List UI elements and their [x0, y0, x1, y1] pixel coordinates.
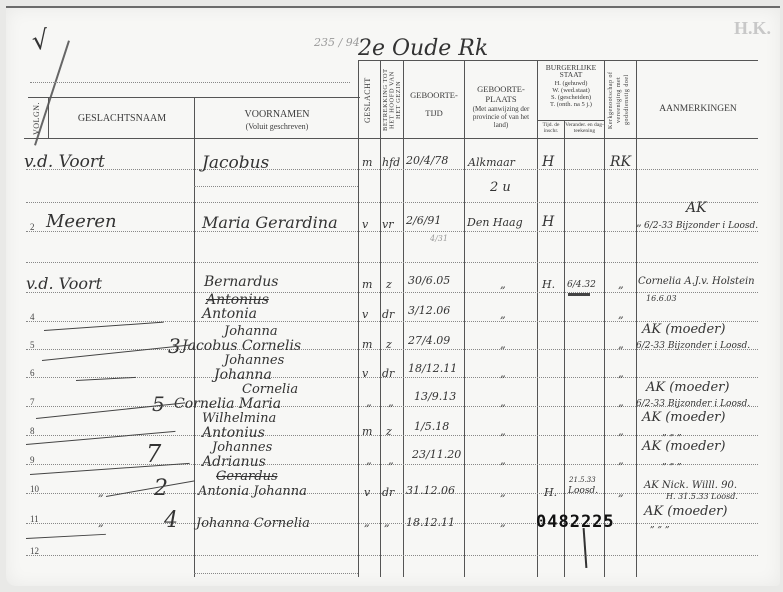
- header-geboortetijd-1: GEBOORTE-: [404, 90, 464, 100]
- given-names: Adrianus: [202, 454, 266, 470]
- relation: „: [388, 396, 394, 409]
- checkmark-annotation: √: [30, 25, 51, 57]
- surname: „: [98, 486, 104, 499]
- header-geboortetijd-2: TIJD: [404, 108, 464, 118]
- header-geslacht: GESLACHT: [363, 66, 377, 134]
- civil-status: H.: [544, 486, 557, 499]
- header-bs-ontheven: T. (onth. na 5 j.): [538, 101, 604, 108]
- sex: m: [362, 278, 372, 291]
- faint-register-number: 235 / 94: [314, 36, 360, 49]
- relation: z: [386, 425, 392, 438]
- header-burgerlijke-staat-2: STAAT: [538, 71, 604, 79]
- given-above: Wilhelmina: [202, 411, 276, 426]
- remarks-line-2: „ „ „: [650, 520, 670, 530]
- relation: hfd: [382, 156, 400, 169]
- given-above: Johanna: [224, 324, 278, 339]
- birth-place: „: [500, 308, 506, 321]
- remarks: AK Nick. Willl. 90.: [644, 480, 737, 491]
- header-voornamen: VOORNAMEN: [198, 110, 356, 120]
- given-names: Johanna Cornelia: [196, 516, 310, 531]
- surname: Meeren: [46, 211, 117, 232]
- relation: dr: [382, 308, 394, 321]
- header-betrekking: BETREKKING TOT HET HOOFD VAN HET GEZIN: [383, 64, 401, 136]
- row-number-10: 10: [30, 484, 39, 494]
- birth-place: „: [500, 338, 506, 351]
- relation: „: [384, 516, 390, 529]
- header-voornamen-sub: (Voluit geschreven): [198, 122, 356, 132]
- given-names: Antonia: [202, 306, 257, 322]
- remarks: AK (moeder): [642, 439, 725, 454]
- church: „: [618, 454, 624, 467]
- sex: v: [362, 308, 368, 321]
- birth-place: Den Haag: [467, 216, 523, 229]
- note-mark: 2 u: [490, 180, 511, 195]
- row-number-9: 9: [30, 455, 35, 465]
- birth-date: 30/6.05: [408, 274, 450, 287]
- birth-date: 1/5.18: [414, 420, 449, 433]
- sex: „: [364, 516, 370, 529]
- remarks: AK (moeder): [646, 380, 729, 395]
- row-number-8: 8: [30, 426, 35, 436]
- table-row: [26, 542, 758, 558]
- status-date: 6/4.32: [567, 280, 596, 290]
- remarks-line-2: „ „ „: [662, 428, 682, 438]
- church: „: [618, 396, 624, 409]
- surname: v.d. Voort: [26, 274, 102, 293]
- given-above: Cornelia: [242, 382, 298, 397]
- header-aanmerkingen: AANMERKINGEN: [638, 104, 758, 114]
- birth-date: 18.12.11: [406, 516, 455, 529]
- remarks-line-2: 16.6.03: [646, 294, 677, 303]
- header-bs-weduwstaat: W. (wed.staat): [538, 87, 604, 94]
- church: „: [618, 486, 624, 499]
- surname: v.d. Voort: [24, 152, 105, 172]
- given-names: Johanna: [214, 367, 272, 383]
- birth-place: „: [500, 425, 506, 438]
- sex: „: [366, 454, 372, 467]
- civil-status: H.: [542, 278, 555, 291]
- relation: dr: [382, 367, 394, 380]
- church: „: [618, 425, 624, 438]
- corner-stamp: H.K.: [734, 18, 771, 39]
- birth-place: „: [500, 486, 506, 499]
- birth-date: 18/12.11: [408, 362, 457, 375]
- relation: „: [388, 454, 394, 467]
- sex: m: [362, 425, 372, 438]
- given-names: Antonia Johanna: [198, 484, 307, 499]
- given-above: Johannes: [224, 353, 284, 368]
- row-number-5: 5: [30, 340, 35, 350]
- row-number-4: 4: [30, 312, 35, 322]
- sex: m: [362, 156, 372, 169]
- birth-date: 3/12.06: [408, 304, 450, 317]
- church: „: [618, 278, 624, 291]
- given-names: Cornelia Maria: [174, 396, 281, 412]
- birth-date: 13/9.13: [414, 390, 456, 403]
- header-bs-gescheiden: S. (gescheiden): [538, 94, 604, 101]
- birth-date: 27/4.09: [408, 334, 450, 347]
- header-bs-tijd: Tijd. de inschr.: [538, 122, 564, 134]
- note-mark: 7: [146, 440, 161, 468]
- row-number-2: 2: [30, 222, 35, 232]
- church: RK: [610, 154, 631, 170]
- remarks: AK (moeder): [642, 410, 725, 425]
- birth-place: Alkmaar: [468, 156, 515, 169]
- remarks-line-2: 6/2-33 Bijzonder i Loosd.: [636, 399, 750, 409]
- header-geboorteplaats-1: GEBOORTE-: [465, 84, 537, 94]
- birth-place: „: [500, 454, 506, 467]
- relation: z: [386, 278, 392, 291]
- register-card: √ 235 / 94 2e Oude Rk H.K. VOLGN. GESLAC…: [6, 6, 780, 586]
- archive-stamp-number: 0482225: [536, 512, 615, 532]
- given-above: Johannes: [212, 440, 272, 455]
- remarks-line-2: „ „ „: [662, 457, 682, 467]
- relation: z: [386, 338, 392, 351]
- remarks-line-2: 6/2-33 Bijzonder i Loosd.: [644, 221, 758, 231]
- remarks: 6/2-33 Bijzonder i Loosd.: [636, 341, 750, 351]
- sex: „: [366, 396, 372, 409]
- surname: „: [98, 516, 104, 529]
- remarks: AK (moeder): [642, 322, 725, 337]
- given-names: Bernardus: [204, 274, 278, 290]
- address-annotation: 2e Oude Rk: [358, 36, 488, 61]
- note-mark: 2: [154, 476, 168, 501]
- header-bs-gehuwd: H. (gehuwd): [538, 80, 604, 87]
- birth-place: „: [500, 516, 506, 529]
- header-bs-verandering: Verander. en dag-teekening: [565, 122, 604, 134]
- remarks-line-2: H. 31.5.33 Loosd.: [666, 492, 738, 501]
- birth-date: 2/6/91: [406, 214, 441, 227]
- header-geboorteplaats-2: PLAATS: [465, 94, 537, 104]
- faint-note: 4/31: [430, 234, 448, 243]
- given-above-struck: Gerardus: [216, 469, 278, 484]
- birth-date: 20/4/78: [406, 154, 448, 167]
- header-geslachtsnaam: GESLACHTSNAAM: [52, 114, 192, 124]
- header-kerkgenootschap: Kerkgenootschap of vereeniging met godsd…: [607, 64, 633, 136]
- relation: dr: [382, 486, 394, 499]
- note-mark: 4: [164, 508, 178, 533]
- church: „: [618, 308, 624, 321]
- civil-status: H: [542, 154, 554, 170]
- birth-date: 31.12.06: [406, 484, 455, 497]
- sex: v: [364, 486, 370, 499]
- remarks: Cornelia A.J.v. Holstein: [638, 276, 755, 287]
- remarks: AK (moeder): [644, 504, 727, 519]
- status-date: 21.5.33: [569, 476, 596, 484]
- row-number-11: 11: [30, 514, 39, 524]
- given-names: Jacobus: [202, 153, 269, 173]
- birth-place: „: [500, 367, 506, 380]
- sex: v: [362, 218, 368, 231]
- civil-status: H: [542, 214, 554, 230]
- row-number-6: 6: [30, 368, 35, 378]
- status-place: Loosd.: [568, 486, 598, 496]
- church: „: [618, 367, 624, 380]
- row-number-7: 7: [30, 397, 35, 407]
- birth-place: „: [500, 278, 506, 291]
- church: „: [636, 216, 642, 229]
- sex: v: [362, 367, 368, 380]
- given-names: Jacobus Cornelis: [182, 338, 301, 354]
- given-names: Maria Gerardina: [202, 213, 338, 232]
- header-volgnummer: VOLGN.: [32, 102, 44, 136]
- sex: m: [362, 338, 372, 351]
- church: „: [618, 338, 624, 351]
- birth-place: „: [500, 396, 506, 409]
- given-names: Antonius: [202, 425, 265, 441]
- header-geboorteplaats-sub: (Met aanwijzing der provincie of van het…: [467, 105, 535, 129]
- birth-date: 23/11.20: [412, 448, 461, 461]
- relation: vr: [382, 218, 393, 231]
- remarks: AK: [686, 200, 707, 216]
